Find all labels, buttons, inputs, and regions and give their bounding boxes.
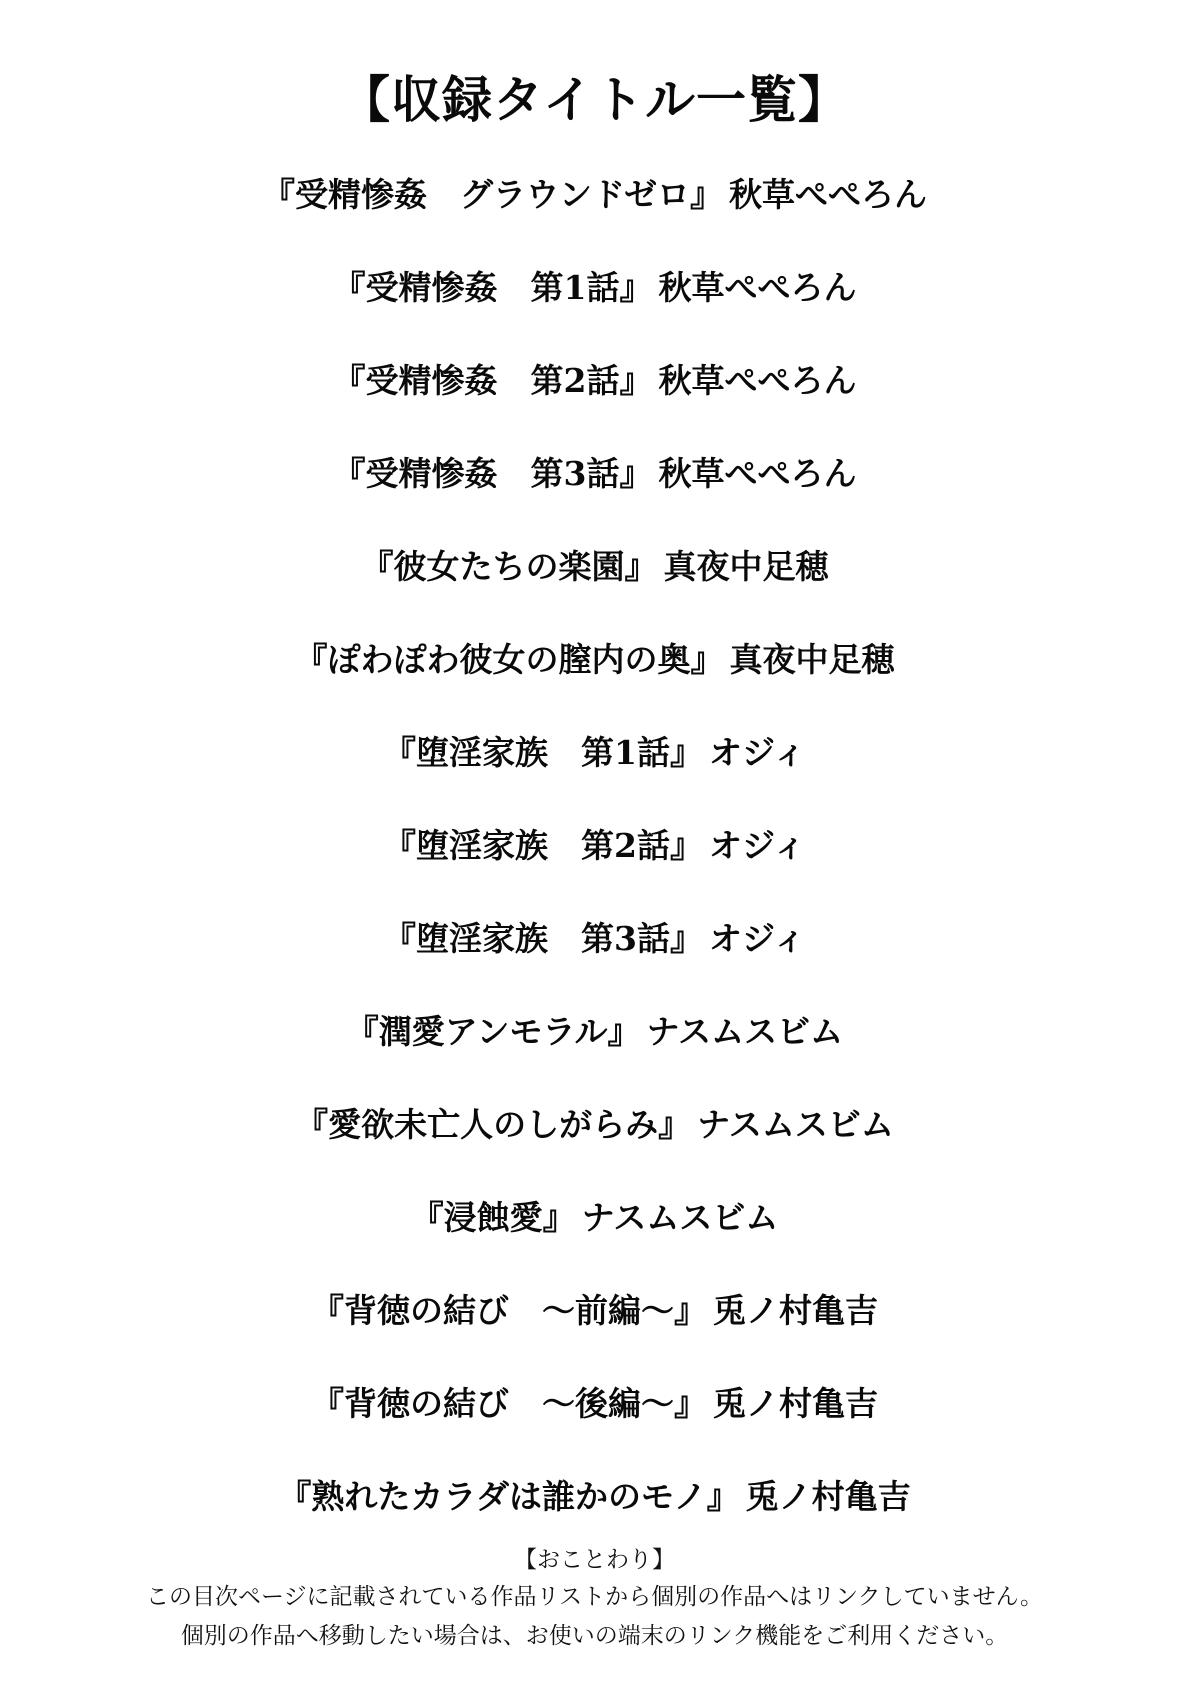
work-title: 『背徳の結び ～前編～』 (311, 1291, 707, 1330)
work-title: 『愛欲未亡人のしがらみ』 (295, 1105, 691, 1144)
work-author: 兎ノ村亀吉 (713, 1384, 878, 1423)
work-title: 『彼女たちの楽園』 (361, 547, 658, 586)
work-title: 『堕淫家族 第2話』 (383, 826, 703, 865)
work-title: 『受精惨姦 グラウンドゼロ』 (262, 175, 723, 214)
work-title: 『浸蝕愛』 (411, 1198, 576, 1237)
list-item: 『ぽわぽわ彼女の膣内の奥』真夜中足穂 (0, 637, 1189, 730)
work-title: 『背徳の結び ～後編～』 (311, 1384, 707, 1423)
work-title: 『ぽわぽわ彼女の膣内の奥』 (295, 640, 724, 679)
page-title: 【収録タイトル一覧】 (0, 68, 1189, 132)
work-title: 『受精惨姦 第3話』 (333, 454, 653, 493)
list-item: 『浸蝕愛』ナスムスビム (0, 1195, 1189, 1288)
work-title: 『潤愛アンモラル』 (346, 1012, 641, 1051)
work-author: 秋草ぺぺろん (729, 175, 927, 214)
work-title: 『堕淫家族 第1話』 (383, 733, 703, 772)
list-item: 『堕淫家族 第2話』オジィ (0, 823, 1189, 916)
work-author: 真夜中足穂 (664, 547, 829, 586)
list-item: 『愛欲未亡人のしがらみ』ナスムスビム (0, 1102, 1189, 1195)
list-item: 『受精惨姦 第3話』秋草ぺぺろん (0, 451, 1189, 544)
list-item: 『受精惨姦 第2話』秋草ぺぺろん (0, 358, 1189, 451)
notice-heading: 【おことわり】 (0, 1542, 1189, 1578)
list-item: 『堕淫家族 第1話』オジィ (0, 730, 1189, 823)
work-author: ナスムスビム (697, 1105, 894, 1144)
notice-line: 個別の作品へ移動したい場合は、お使いの端末のリンク機能をご利用ください。 (0, 1617, 1189, 1656)
notice-line: この目次ページに記載されている作品リストから個別の作品へはリンクしていません。 (0, 1578, 1189, 1617)
work-author: 兎ノ村亀吉 (713, 1291, 878, 1330)
work-title: 『受精惨姦 第2話』 (333, 361, 653, 400)
work-title: 『受精惨姦 第1話』 (333, 268, 653, 307)
list-item: 『堕淫家族 第3話』オジィ (0, 916, 1189, 1009)
list-item: 『受精惨姦 第1話』秋草ぺぺろん (0, 265, 1189, 358)
work-author: 真夜中足穂 (730, 640, 895, 679)
list-item: 『背徳の結び ～後編～』兎ノ村亀吉 (0, 1381, 1189, 1474)
title-list: 『受精惨姦 グラウンドゼロ』秋草ぺぺろん 『受精惨姦 第1話』秋草ぺぺろん 『受… (0, 172, 1189, 1567)
work-title: 『堕淫家族 第3話』 (383, 919, 703, 958)
work-author: ナスムスビム (582, 1198, 779, 1237)
work-author: オジィ (709, 919, 806, 958)
work-author: 兎ノ村亀吉 (746, 1477, 911, 1516)
work-title: 『熟れたカラダは誰かのモノ』 (278, 1477, 739, 1516)
table-of-contents-page: 【収録タイトル一覧】 『受精惨姦 グラウンドゼロ』秋草ぺぺろん 『受精惨姦 第1… (0, 0, 1189, 1683)
list-item: 『受精惨姦 グラウンドゼロ』秋草ぺぺろん (0, 172, 1189, 265)
work-author: 秋草ぺぺろん (658, 361, 856, 400)
list-item: 『彼女たちの楽園』真夜中足穂 (0, 544, 1189, 637)
list-item: 『背徳の結び ～前編～』兎ノ村亀吉 (0, 1288, 1189, 1381)
work-author: 秋草ぺぺろん (658, 454, 856, 493)
disclaimer-notice: 【おことわり】 この目次ページに記載されている作品リストから個別の作品へはリンク… (0, 1542, 1189, 1656)
list-item: 『潤愛アンモラル』ナスムスビム (0, 1009, 1189, 1102)
work-author: オジィ (709, 826, 806, 865)
work-author: ナスムスビム (647, 1012, 844, 1051)
work-author: 秋草ぺぺろん (658, 268, 856, 307)
work-author: オジィ (709, 733, 806, 772)
